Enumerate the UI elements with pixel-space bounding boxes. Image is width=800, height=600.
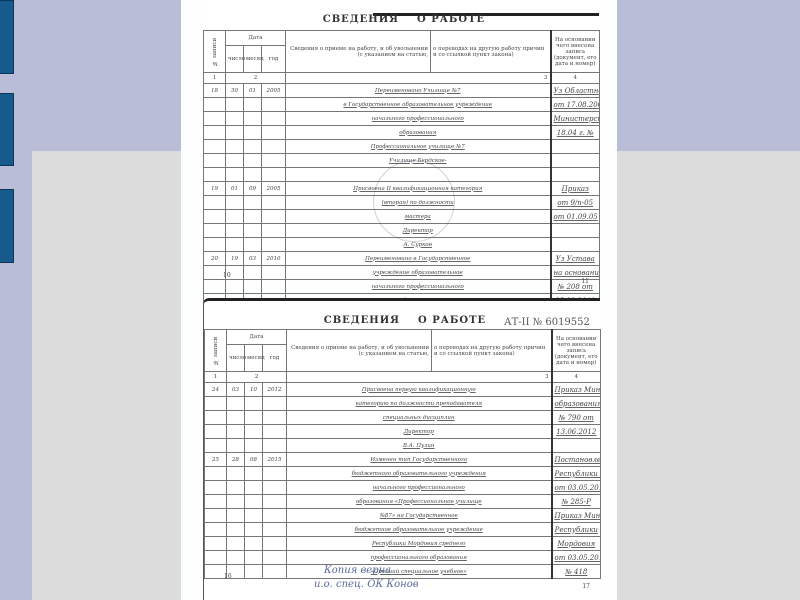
accent-bar-3: [0, 189, 14, 263]
table-row: «Средний специальное учебное»№ 418: [205, 565, 601, 579]
record-day: [227, 551, 245, 565]
page-number-left: 10: [223, 272, 231, 279]
record-month: 08: [245, 453, 263, 467]
record-number: [204, 280, 226, 294]
record-info-line: учреждение образовательное: [286, 266, 551, 280]
record-info-line: бюджетное образовательное учреждение: [287, 523, 552, 537]
certification-note-line-1: Копия верна: [324, 565, 391, 576]
record-month: [245, 537, 263, 551]
table-row: В.А. Пузин: [205, 439, 601, 453]
record-month: [244, 154, 262, 168]
table-row: Профессиональное училище №7: [204, 140, 600, 154]
record-info-line: профессионального образования: [287, 551, 552, 565]
record-day: 19: [226, 252, 244, 266]
record-info-line: Переименовано в Государственное: [286, 252, 551, 266]
record-number: [205, 411, 227, 425]
record-basis-line: [551, 168, 600, 182]
record-month: 03: [244, 252, 262, 266]
record-basis-line: [552, 439, 601, 453]
record-info-line: образования «Профессиональное училище: [287, 495, 552, 509]
record-number: [205, 439, 227, 453]
record-number: [205, 509, 227, 523]
header-info-left: Сведения о приеме на работу, и об увольн…: [287, 330, 432, 372]
header-date: Дата: [227, 330, 287, 345]
record-month: [245, 523, 263, 537]
record-number: [205, 495, 227, 509]
page-number-right: 17: [582, 583, 590, 590]
record-basis-line: № 418: [552, 565, 601, 579]
record-year: [263, 551, 287, 565]
record-year: 2015: [263, 453, 287, 467]
record-year: [263, 397, 287, 411]
record-day: [226, 126, 244, 140]
record-day: [227, 523, 245, 537]
record-basis-line: [551, 140, 600, 154]
page-number-left: 16: [224, 573, 232, 580]
record-basis-line: от 03.05.2013: [552, 551, 601, 565]
col-index-3: 3: [287, 372, 552, 383]
col-index-4: 4: [551, 73, 600, 84]
official-stamp: [373, 160, 455, 242]
col-index-1: 1: [204, 73, 226, 84]
record-number: [205, 481, 227, 495]
record-day: [226, 98, 244, 112]
record-basis-line: на основании приказа: [551, 266, 600, 280]
header-basis: На основании чего внесена запись (докуме…: [552, 330, 601, 372]
record-day: [227, 467, 245, 481]
form-serial-number: АТ-II № 6019552: [504, 317, 590, 328]
record-basis-line: Приказ: [551, 182, 600, 196]
table-row: начального профессиональногоМинистерство: [204, 112, 600, 126]
record-year: [263, 467, 287, 481]
scanned-work-record: СВЕДЕНИЯ О РАБОТЕ № записи Дата Сведения…: [181, 0, 617, 600]
record-month: 09: [244, 182, 262, 196]
header-rule: [373, 13, 599, 16]
record-basis-line: от 01.09.05: [551, 210, 600, 224]
record-month: [245, 509, 263, 523]
record-month: [244, 112, 262, 126]
col-index-4: 4: [552, 372, 601, 383]
accent-bar-1: [0, 0, 14, 74]
record-year: [262, 112, 286, 126]
work-record-table-bottom: № записи Дата Сведения о приеме на работ…: [204, 329, 601, 579]
record-info-line: Республики Мордовия среднего: [287, 537, 552, 551]
record-info-line: в Государственное образовательное учрежд…: [286, 98, 551, 112]
record-number: [204, 238, 226, 252]
record-day: [226, 238, 244, 252]
table-row: 2528082015Изменен тип ГосударственногоПо…: [205, 453, 601, 467]
record-month: [245, 425, 263, 439]
record-basis-line: [551, 238, 600, 252]
table-row: Республики Мордовия среднегоМордовия: [205, 537, 601, 551]
table-row: бюджетное образовательное учреждениеРесп…: [205, 523, 601, 537]
record-day: [227, 481, 245, 495]
record-day: [226, 168, 244, 182]
col-index-2: 2: [227, 372, 287, 383]
record-basis-line: 13.06.2012: [552, 425, 601, 439]
table-row: образования «Профессиональное училище№ 2…: [205, 495, 601, 509]
record-info-line: Профессиональное училище №7: [286, 140, 551, 154]
record-number: [204, 112, 226, 126]
record-year: [262, 224, 286, 238]
record-number: [204, 154, 226, 168]
record-year: [263, 537, 287, 551]
record-info-line: Присвоена первую квалификационную: [287, 383, 552, 397]
record-basis-line: Министерство: [551, 112, 600, 126]
record-year: [262, 126, 286, 140]
record-number: 20: [204, 252, 226, 266]
record-month: [245, 565, 263, 579]
record-month: [244, 238, 262, 252]
table-row: Директор13.06.2012: [205, 425, 601, 439]
record-year: [262, 196, 286, 210]
record-number: [204, 210, 226, 224]
section-title-right: О РАБОТЕ: [417, 14, 485, 25]
table-row: 2403102012Присвоена первую квалификацион…: [205, 383, 601, 397]
record-day: [227, 411, 245, 425]
record-number: 24: [205, 383, 227, 397]
record-number: [205, 523, 227, 537]
record-day: [226, 224, 244, 238]
record-year: [263, 425, 287, 439]
record-day: [227, 439, 245, 453]
record-number: [204, 126, 226, 140]
record-number: 18: [204, 84, 226, 98]
record-basis-line: Республики Мордовия: [552, 467, 601, 481]
accent-bar-2: [0, 93, 14, 166]
table-row: в Государственное образовательное учрежд…: [204, 98, 600, 112]
record-basis-line: Постановление Правительства: [552, 453, 601, 467]
record-basis-line: № 285-Р: [552, 495, 601, 509]
record-page-top: СВЕДЕНИЯ О РАБОТЕ № записи Дата Сведения…: [203, 0, 599, 285]
record-year: 2012: [263, 383, 287, 397]
record-year: [263, 411, 287, 425]
record-year: [263, 509, 287, 523]
table-row: образования18.04 г. №: [204, 126, 600, 140]
record-number: 19: [204, 182, 226, 196]
table-row: начального профессиональногоот 03.05.201…: [205, 481, 601, 495]
record-year: [262, 154, 286, 168]
record-month: [244, 196, 262, 210]
header-year: год: [263, 345, 287, 372]
record-month: [245, 481, 263, 495]
record-year: 2005: [262, 182, 286, 196]
record-day: [227, 509, 245, 523]
record-info-line: №87» на Государственное: [287, 509, 552, 523]
header-day: число: [226, 46, 244, 73]
record-info-line: начального профессионального: [286, 112, 551, 126]
record-number: [205, 467, 227, 481]
header-date: Дата: [226, 31, 286, 46]
record-info-line: Изменен тип Государственного: [287, 453, 552, 467]
table-row: специальных дисциплин№ 790 от: [205, 411, 601, 425]
table-row: начального профессионального№ 208 от: [204, 280, 600, 294]
table-row: профессионального образованияот 03.05.20…: [205, 551, 601, 565]
record-day: [226, 140, 244, 154]
record-month: [244, 210, 262, 224]
record-info-line: бюджетного образовательного учреждения: [287, 467, 552, 481]
record-info-line: категорию по должности преподавателя: [287, 397, 552, 411]
record-month: 10: [245, 383, 263, 397]
record-day: [227, 495, 245, 509]
record-year: [263, 495, 287, 509]
record-info-line: Переименовано Училище №7: [286, 84, 551, 98]
record-month: [244, 126, 262, 140]
record-month: [244, 224, 262, 238]
record-day: 01: [226, 182, 244, 196]
record-basis-line: [551, 154, 600, 168]
header-day: число: [227, 345, 245, 372]
record-day: 03: [227, 383, 245, 397]
record-info-line: специальных дисциплин: [287, 411, 552, 425]
certification-note-line-2: и.о. спец. ОК Конов: [314, 579, 419, 590]
record-day: [226, 154, 244, 168]
table-row: №87» на ГосударственноеПриказ Министерст…: [205, 509, 601, 523]
record-day: [227, 397, 245, 411]
record-basis-line: от 9/п-05: [551, 196, 600, 210]
record-number: [205, 397, 227, 411]
col-index-1: 1: [205, 372, 227, 383]
header-info-right: о переводах на другую работу причин и со…: [431, 31, 551, 73]
page-number-right: 11: [581, 278, 589, 285]
header-info-left: Сведения о приеме на работу, и об увольн…: [286, 31, 431, 73]
record-month: [245, 397, 263, 411]
record-basis-line: № 208 от: [551, 280, 600, 294]
record-year: [262, 210, 286, 224]
record-number: [204, 168, 226, 182]
header-year: год: [262, 46, 286, 73]
record-info-line: образования: [286, 126, 551, 140]
record-day: 30: [226, 84, 244, 98]
record-year: [262, 280, 286, 294]
record-year: [262, 168, 286, 182]
record-month: 01: [244, 84, 262, 98]
record-number: [205, 551, 227, 565]
record-month: [244, 168, 262, 182]
record-basis-line: Мордовия: [552, 537, 601, 551]
record-number: 25: [205, 453, 227, 467]
record-month: [245, 439, 263, 453]
table-row: 2019032010Переименовано в Государственно…: [204, 252, 600, 266]
record-month: [245, 495, 263, 509]
record-basis-line: Приказ Министерства: [552, 383, 601, 397]
record-day: [226, 196, 244, 210]
record-year: [262, 266, 286, 280]
record-number: [204, 140, 226, 154]
record-day: [227, 425, 245, 439]
record-info-line: начального профессионального: [286, 280, 551, 294]
record-day: [226, 280, 244, 294]
record-basis-line: Уз Устава: [551, 252, 600, 266]
record-day: [227, 537, 245, 551]
record-basis-line: Приказ Министерства: [552, 509, 601, 523]
header-basis: На основании чего внесена запись (докуме…: [551, 31, 600, 73]
record-basis-line: образования: [552, 397, 601, 411]
record-day: [226, 210, 244, 224]
record-day: 28: [227, 453, 245, 467]
record-year: [262, 238, 286, 252]
record-month: [244, 140, 262, 154]
record-year: [263, 481, 287, 495]
record-month: [245, 467, 263, 481]
col-index-3: 3: [286, 73, 551, 84]
record-info-line: начального профессионального: [287, 481, 552, 495]
record-info-line: Директор: [287, 425, 552, 439]
record-year: 2005: [262, 84, 286, 98]
record-number: [204, 196, 226, 210]
table-row: бюджетного образовательного учрежденияРе…: [205, 467, 601, 481]
record-year: [262, 140, 286, 154]
col-index-2: 2: [226, 73, 286, 84]
header-num: № записи: [204, 31, 226, 73]
section-title-left: СВЕДЕНИЯ: [323, 14, 399, 25]
record-number: [205, 425, 227, 439]
record-month: [244, 98, 262, 112]
record-month: [244, 280, 262, 294]
record-page-bottom: СВЕДЕНИЯ О РАБОТЕ АТ-II № 6019552 № запи…: [203, 298, 600, 600]
record-month: [245, 551, 263, 565]
record-year: [263, 565, 287, 579]
record-info-line: В.А. Пузин: [287, 439, 552, 453]
header-info-right: о переводах на другую работу причин и со…: [432, 330, 552, 372]
record-month: [245, 411, 263, 425]
record-basis-line: от 17.08.200: [551, 98, 600, 112]
record-year: [262, 98, 286, 112]
record-number: [205, 537, 227, 551]
header-month: месяц: [244, 46, 262, 73]
record-basis-line: Республики: [552, 523, 601, 537]
header-num: № записи: [205, 330, 227, 372]
record-number: [204, 98, 226, 112]
record-basis-line: Уз Областного приказа №: [551, 84, 600, 98]
table-row: 1830012005Переименовано Училище №7Уз Обл…: [204, 84, 600, 98]
record-day: [226, 112, 244, 126]
header-month: месяц: [245, 345, 263, 372]
record-month: [244, 266, 262, 280]
record-year: [263, 439, 287, 453]
table-row: учреждение образовательноена основании п…: [204, 266, 600, 280]
record-basis-line: от 03.05.2015: [552, 481, 601, 495]
section-title-left: СВЕДЕНИЯ: [324, 315, 400, 326]
table-row: категорию по должности преподавателяобра…: [205, 397, 601, 411]
record-year: [263, 523, 287, 537]
record-basis-line: [551, 224, 600, 238]
record-basis-line: № 790 от: [552, 411, 601, 425]
section-title-right: О РАБОТЕ: [418, 315, 486, 326]
record-basis-line: 18.04 г. №: [551, 126, 600, 140]
record-number: [204, 224, 226, 238]
record-year: 2010: [262, 252, 286, 266]
